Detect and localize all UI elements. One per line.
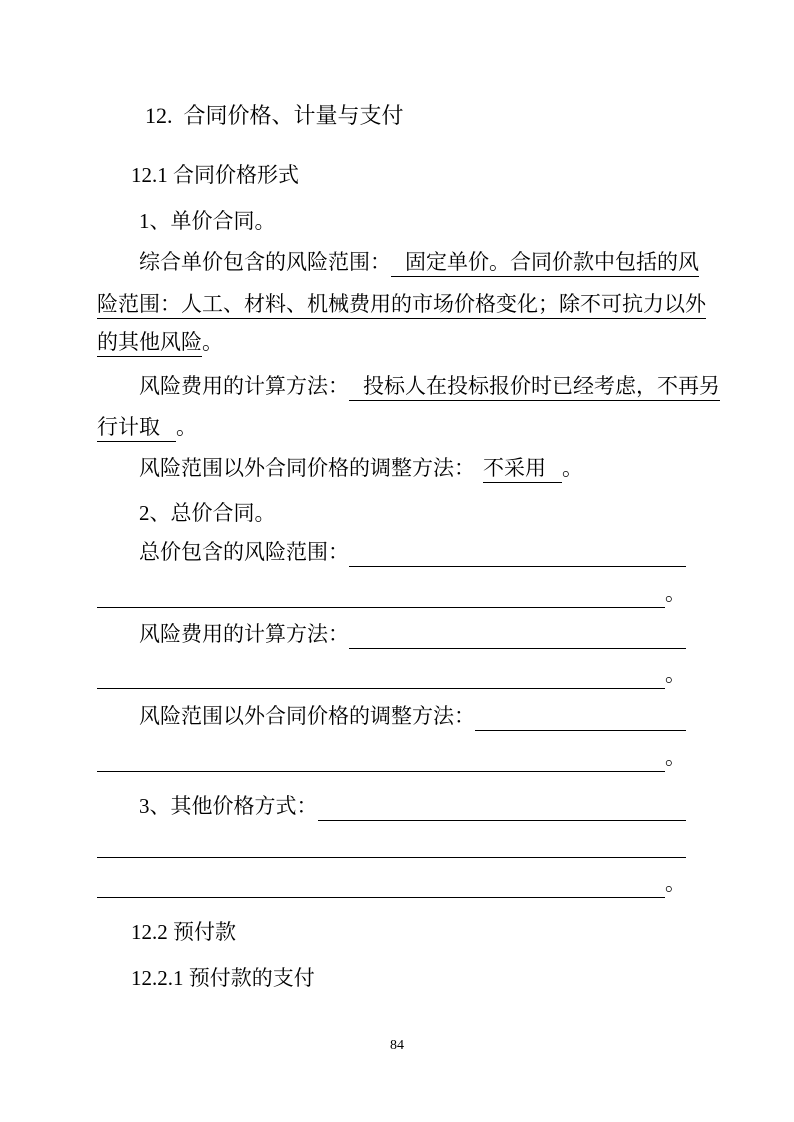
document-page: 12. 合同价格、计量与支付 12.1 合同价格形式 1、单价合同。 综合单价包…: [0, 0, 794, 1122]
price-adjust-value: 不采用: [483, 453, 562, 483]
total-price-adjust-label: 风险范围以外合同价格的调整方法：: [139, 701, 475, 731]
blank-continuation-line-5: 。: [97, 868, 686, 898]
blank-underline-field: [475, 701, 686, 731]
section-12-2-1-heading: 12.2.1 预付款的支付: [97, 963, 686, 993]
doc-title-text: 12. 合同价格、计量与支付: [145, 100, 404, 132]
total-risk-fee-label: 风险费用的计算方法：: [139, 619, 349, 649]
blank-continuation-line-1: 。: [97, 578, 686, 608]
blank-continuation-line-2: 。: [97, 659, 686, 689]
blank-underline-field: [97, 659, 665, 689]
period-mark: 。: [665, 742, 686, 772]
period-mark: 。: [665, 659, 686, 689]
blank-continuation-line-4: [97, 828, 686, 858]
unit-price-risk-value-line1: 固定单价。合同价款中包括的风: [391, 247, 699, 277]
item-2-lump-sum-contract: 2、总价合同。: [97, 498, 686, 528]
period-mark: 。: [665, 868, 686, 898]
price-adjustment-method-line: 风险范围以外合同价格的调整方法： 不采用 。: [97, 453, 686, 483]
total-price-adjustment-line: 风险范围以外合同价格的调整方法：: [97, 701, 686, 731]
item-2-text: 2、总价合同。: [139, 498, 276, 528]
unit-price-risk-scope-line1: 综合单价包含的风险范围： 固定单价。合同价款中包括的风: [97, 247, 686, 277]
risk-fee-value-line1: 投标人在投标报价时已经考虑，不再另: [349, 371, 720, 401]
section-12-2-text: 12.2 预付款: [131, 917, 236, 947]
risk-fee-value-line2: 行计取: [97, 412, 176, 442]
risk-fee-method-line1: 风险费用的计算方法： 投标人在投标报价时已经考虑，不再另: [97, 371, 686, 401]
blank-underline-field: [97, 868, 665, 898]
item-3-other-price-line: 3、其他价格方式：: [97, 791, 686, 821]
period-mark: 。: [562, 453, 583, 483]
period-mark: 。: [665, 578, 686, 608]
period-mark: 。: [202, 327, 223, 357]
item-1-unit-price-contract: 1、单价合同。: [97, 206, 686, 236]
item-3-label: 3、其他价格方式：: [139, 791, 318, 821]
section-12-1-heading: 12.1 合同价格形式: [97, 160, 686, 190]
total-price-risk-label: 总价包含的风险范围：: [139, 537, 349, 567]
section-12-2-1-text: 12.2.1 预付款的支付: [131, 963, 315, 993]
risk-fee-method-line2: 行计取 。: [97, 412, 686, 442]
blank-underline-field: [97, 578, 665, 608]
page-number: 84: [0, 1036, 794, 1056]
total-price-risk-scope-line: 总价包含的风险范围：: [97, 537, 686, 567]
blank-underline-field: [349, 537, 686, 567]
price-adjust-label: 风险范围以外合同价格的调整方法：: [139, 453, 475, 483]
blank-continuation-line-3: 。: [97, 742, 686, 772]
blank-underline-field: [349, 619, 686, 649]
risk-fee-label: 风险费用的计算方法：: [139, 371, 349, 401]
blank-underline-field: [318, 791, 687, 821]
total-risk-fee-method-line: 风险费用的计算方法：: [97, 619, 686, 649]
blank-underline-field: [97, 828, 686, 858]
unit-price-risk-value-line2: 险范围：人工、材料、机械费用的市场价格变化；除不可抗力以外: [97, 289, 706, 319]
section-12-1-text: 12.1 合同价格形式: [131, 160, 299, 190]
doc-title: 12. 合同价格、计量与支付: [97, 100, 686, 132]
blank-underline-field: [97, 742, 665, 772]
section-12-2-heading: 12.2 预付款: [97, 917, 686, 947]
item-1-text: 1、单价合同。: [139, 206, 276, 236]
unit-price-risk-scope-line2: 险范围：人工、材料、机械费用的市场价格变化；除不可抗力以外: [97, 289, 686, 319]
unit-price-risk-label: 综合单价包含的风险范围：: [139, 247, 391, 277]
period-mark: 。: [176, 412, 197, 442]
unit-price-risk-scope-line3: 的其他风险 。: [97, 327, 686, 357]
unit-price-risk-value-line3: 的其他风险: [97, 327, 202, 357]
